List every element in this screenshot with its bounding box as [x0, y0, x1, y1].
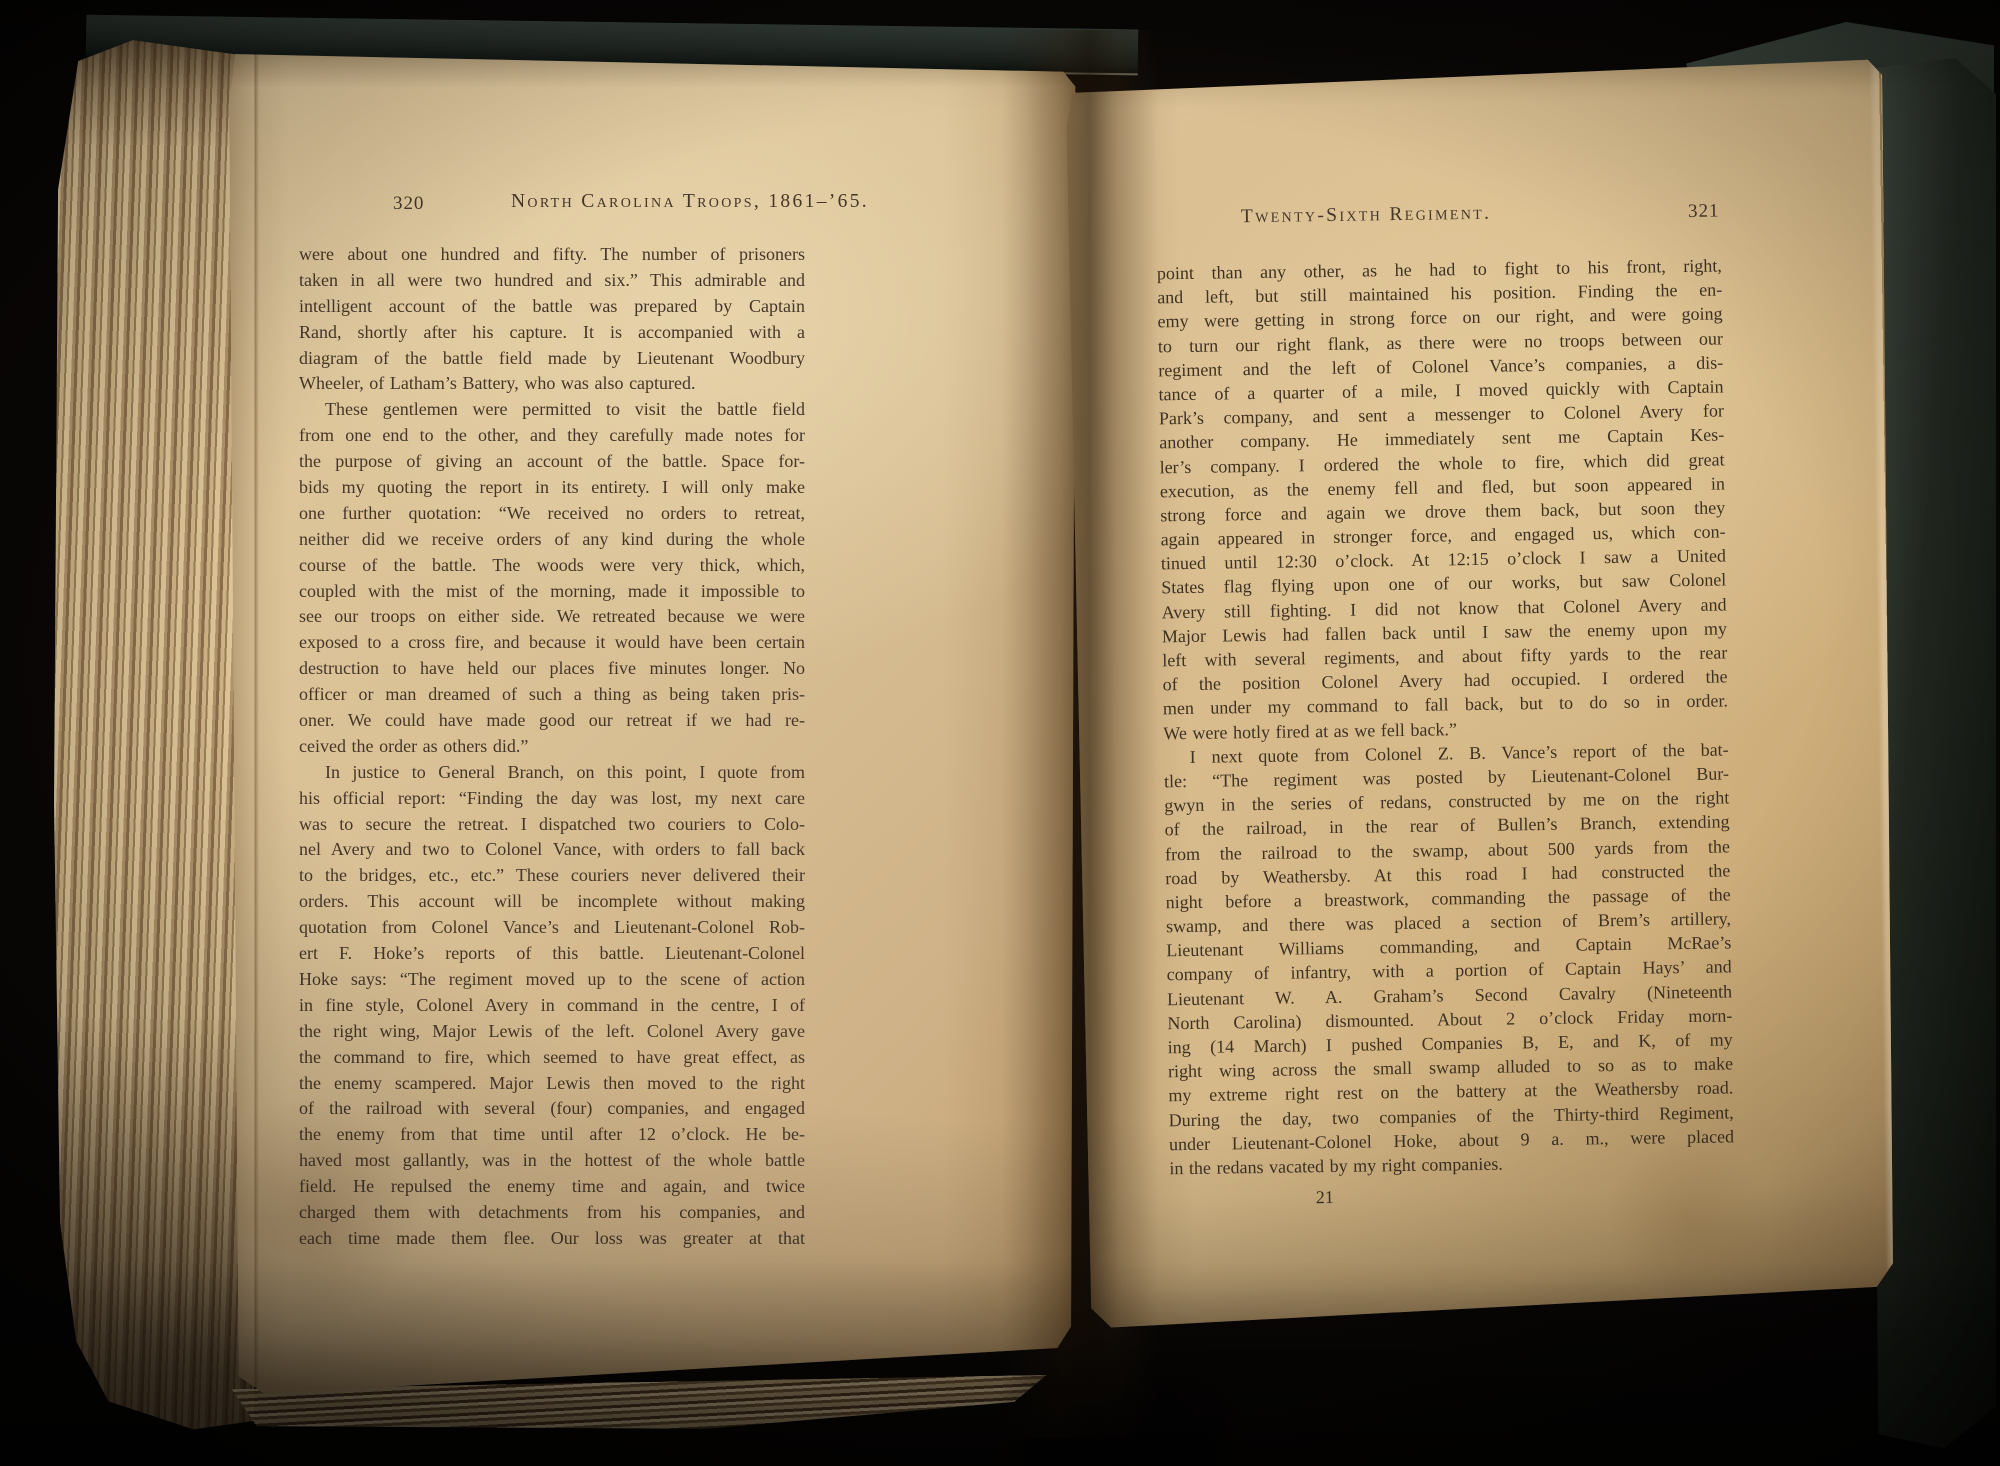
text-line: were about one hundred and fifty. The nu…	[299, 242, 805, 268]
right-page-body: point than any other, as he had to fight…	[1157, 253, 1735, 1180]
text-line: In justice to General Branch, on this po…	[299, 760, 805, 786]
text-line: one further quotation: “We received no o…	[299, 501, 805, 527]
signature-mark: 21	[1316, 1187, 1334, 1208]
book-photo: 320 North Carolina Troops, 1861–’65. wer…	[0, 0, 2000, 1466]
text-line: was to secure the retreat. I dispatched …	[299, 812, 805, 838]
text-line: oner. We could have made good our retrea…	[299, 708, 805, 734]
text-line: the command to fire, which seemed to hav…	[299, 1045, 805, 1071]
text-line: intelligent account of the battle was pr…	[299, 294, 805, 320]
text-line: his official report: “Finding the day wa…	[299, 786, 805, 812]
text-line: orders. This account will be incomplete …	[299, 889, 805, 915]
text-line: from one end to the other, and they care…	[299, 423, 805, 449]
text-line: of the railroad with several (four) comp…	[299, 1096, 805, 1122]
text-line: ert F. Hoke’s reports of this battle. Li…	[299, 941, 805, 967]
text-line: field. He repulsed the enemy time and ag…	[299, 1174, 805, 1200]
text-line: course of the battle. The woods were ver…	[299, 553, 805, 579]
text-line: in fine style, Colonel Avery in command …	[299, 993, 805, 1019]
text-line: each time made them flee. Our loss was g…	[299, 1226, 805, 1252]
text-line: ceived the order as others did.”	[299, 734, 805, 760]
left-page-stack-edges	[52, 36, 254, 1432]
text-line: taken in all were two hundred and six.” …	[299, 268, 805, 294]
gutter-bottom-shadow	[940, 1230, 1300, 1466]
text-line: haved most gallantly, was in the hottest…	[299, 1148, 805, 1174]
text-line: Rand, shortly after his capture. It is a…	[299, 320, 805, 346]
left-page-number: 320	[393, 193, 424, 215]
text-line: exposed to a cross fire, and because it …	[299, 630, 805, 656]
text-line: to the bridges, etc., etc.” These courie…	[299, 863, 805, 889]
text-line: diagram of the battle field made by Lieu…	[299, 346, 805, 372]
gutter-shadow	[1002, 30, 1158, 1438]
text-line: charged them with detachments from his c…	[299, 1200, 805, 1226]
text-line: neither did we receive orders of any kin…	[299, 527, 805, 553]
text-line: the enemy scampered. Major Lewis then mo…	[299, 1071, 805, 1097]
text-line: the purpose of giving an account of the …	[299, 449, 805, 475]
text-line: Wheeler, of Latham’s Battery, who was al…	[299, 371, 805, 397]
text-line: bids my quoting the report in its entire…	[299, 475, 805, 501]
right-running-header: Twenty-Sixth Regiment.	[1126, 201, 1606, 230]
text-line: Hoke says: “The regiment moved up to the…	[299, 967, 805, 993]
text-line: the right wing, Major Lewis of the left.…	[299, 1019, 805, 1045]
text-line: see our troops on either side. We retrea…	[299, 604, 805, 630]
left-running-header: North Carolina Troops, 1861–’65.	[450, 191, 930, 213]
right-page-number: 321	[1688, 201, 1720, 223]
text-line: nel Avery and two to Colonel Vance, with…	[299, 837, 805, 863]
right-page: Twenty-Sixth Regiment. 321 point than an…	[1064, 45, 1904, 1356]
left-page-body: were about one hundred and fifty. The nu…	[299, 242, 805, 1252]
text-line: officer or man dreamed of such a thing a…	[299, 682, 805, 708]
text-line: destruction to have held our places five…	[299, 656, 805, 682]
text-line: These gentlemen were permitted to visit …	[299, 397, 805, 423]
text-line: the enemy from that time until after 12 …	[299, 1122, 805, 1148]
left-page: 320 North Carolina Troops, 1861–’65. wer…	[225, 46, 1077, 1398]
text-line: quotation from Colonel Vance’s and Lieut…	[299, 915, 805, 941]
text-line: coupled with the mist of the morning, ma…	[299, 579, 805, 605]
